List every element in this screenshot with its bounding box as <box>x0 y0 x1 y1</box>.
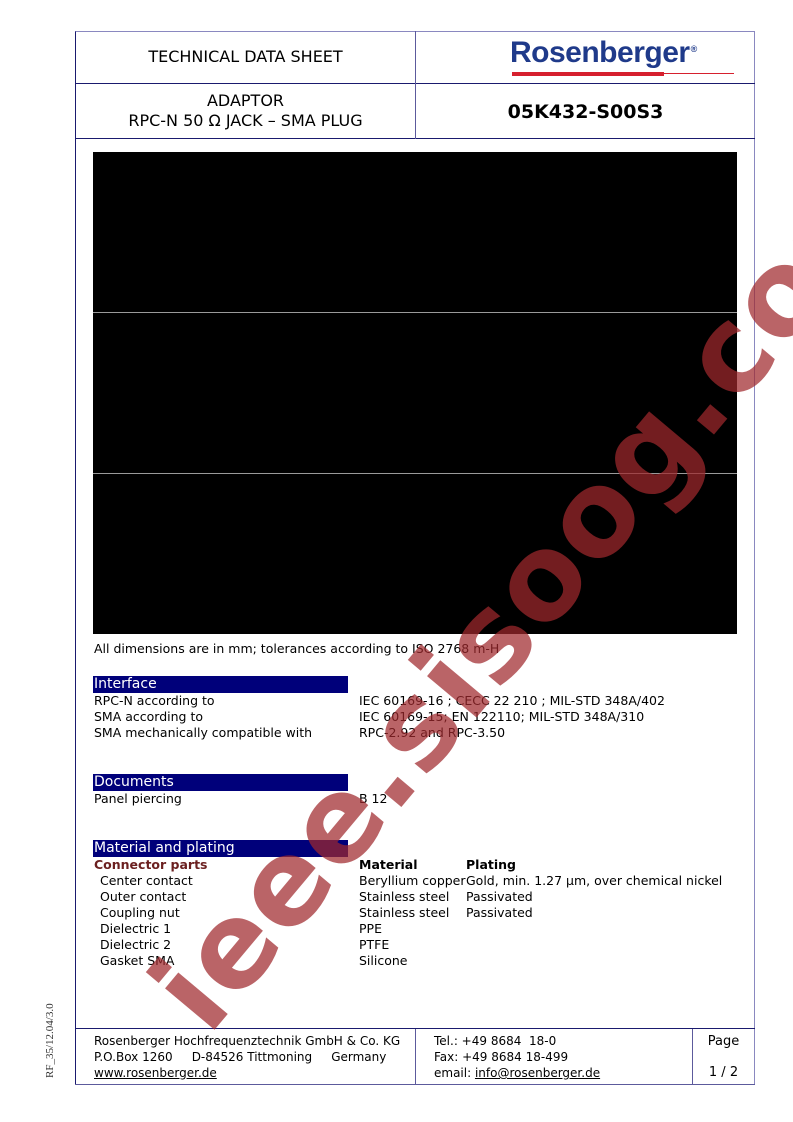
part-name: Dielectric 1 <box>100 921 171 937</box>
section-documents-title: Documents <box>93 774 348 791</box>
footer-company-block: Rosenberger Hochfrequenztechnik GmbH & C… <box>75 1029 416 1084</box>
interface-value: IEC 60169-16 ; CECC 22 210 ; MIL-STD 348… <box>359 693 665 709</box>
email-line: email: info@rosenberger.de <box>434 1066 600 1080</box>
part-name: Dielectric 2 <box>100 937 171 953</box>
rosenberger-logo: Rosenberger® <box>510 36 740 78</box>
fax-number: Fax: +49 8684 18-499 <box>434 1050 568 1064</box>
phone-number: Tel.: +49 8684 18-0 <box>434 1034 556 1048</box>
interface-value: RPC-2.92 and RPC-3.50 <box>359 725 505 741</box>
website-link[interactable]: www.rosenberger.de <box>94 1066 217 1080</box>
part-name: Coupling nut <box>100 905 180 921</box>
technical-drawing <box>93 152 737 634</box>
part-material: Stainless steel <box>359 905 449 921</box>
interface-value: IEC 60169-15; EN 122110; MIL-STD 348A/31… <box>359 709 644 725</box>
part-material: Stainless steel <box>359 889 449 905</box>
form-code: RF_35/12.04/3.0 <box>44 1003 56 1078</box>
email-link[interactable]: info@rosenberger.de <box>475 1066 600 1080</box>
documents-value: B 12 <box>359 791 387 807</box>
section-material-title: Material and plating <box>93 840 348 857</box>
documents-label: Panel piercing <box>94 791 182 807</box>
dimensions-note: All dimensions are in mm; tolerances acc… <box>94 641 499 656</box>
drawing-separator <box>93 312 737 313</box>
footer-contact-block: Tel.: +49 8684 18-0 Fax: +49 8684 18-499… <box>415 1029 693 1084</box>
col-header-material: Material <box>359 857 418 873</box>
email-label: email: <box>434 1066 475 1080</box>
product-line-2: RPC-N 50 Ω JACK – SMA PLUG <box>76 111 415 131</box>
interface-label: SMA mechanically compatible with <box>94 725 312 741</box>
part-material: Beryllium copper <box>359 873 466 889</box>
col-header-plating: Plating <box>466 857 516 873</box>
part-name: Outer contact <box>100 889 186 905</box>
company-address: P.O.Box 1260 D-84526 Tittmoning Germany <box>94 1050 386 1064</box>
doc-type-title: TECHNICAL DATA SHEET <box>76 47 415 66</box>
page-label: Page <box>692 1034 755 1049</box>
part-material: PPE <box>359 921 382 937</box>
product-title: ADAPTOR RPC-N 50 Ω JACK – SMA PLUG <box>76 91 415 131</box>
part-plating: Passivated <box>466 905 533 921</box>
registered-mark-icon: ® <box>691 44 697 54</box>
col-header-parts: Connector parts <box>94 857 208 873</box>
part-material: Silicone <box>359 953 408 969</box>
interface-label: SMA according to <box>94 709 203 725</box>
logo-underline-thin <box>664 73 734 74</box>
logo-underline <box>512 72 664 76</box>
page-number: 1 / 2 <box>692 1065 755 1080</box>
part-plating: Passivated <box>466 889 533 905</box>
part-material: PTFE <box>359 937 389 953</box>
footer: Rosenberger Hochfrequenztechnik GmbH & C… <box>75 1028 755 1085</box>
interface-label: RPC-N according to <box>94 693 215 709</box>
company-name: Rosenberger Hochfrequenztechnik GmbH & C… <box>94 1034 400 1048</box>
product-line-1: ADAPTOR <box>76 91 415 111</box>
footer-page-block: Page 1 / 2 <box>692 1029 755 1084</box>
logo-text: Rosenberger <box>510 36 690 69</box>
part-plating: Gold, min. 1.27 µm, over chemical nickel <box>466 873 722 889</box>
part-number: 05K432-S00S3 <box>416 101 755 123</box>
section-interface-title: Interface <box>93 676 348 693</box>
part-name: Gasket SMA <box>100 953 175 969</box>
drawing-separator <box>93 473 737 474</box>
part-name: Center contact <box>100 873 193 889</box>
